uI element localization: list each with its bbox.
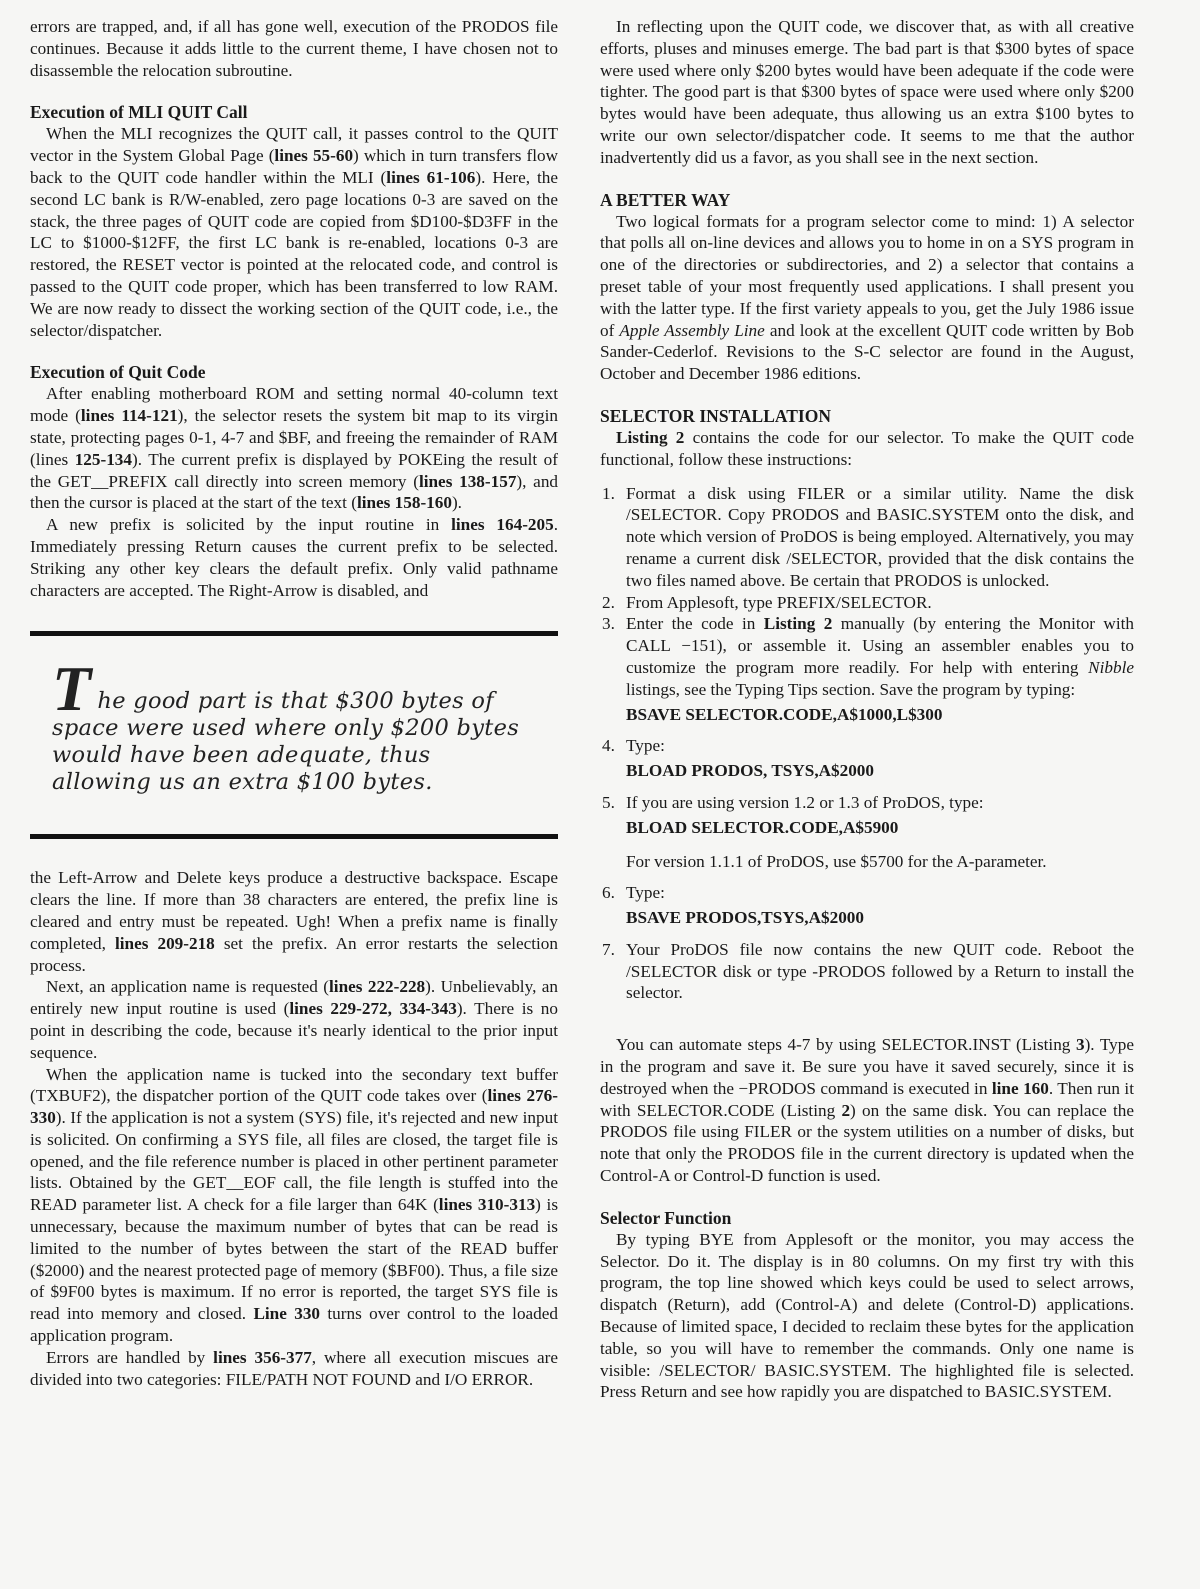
bold-reference: lines 55-60 xyxy=(274,146,353,165)
step-command: BLOAD PRODOS, TSYS,A$2000 xyxy=(626,760,1134,782)
step-number: 3. xyxy=(602,613,615,635)
bold-reference: 3 xyxy=(1076,1035,1085,1054)
step-command: BLOAD SELECTOR.CODE,A$5900 xyxy=(626,817,1134,839)
bold-reference: Listing 2 xyxy=(764,614,833,633)
step-text: If you are using version 1.2 or 1.3 of P… xyxy=(626,792,1134,814)
paragraph-continued: the Left-Arrow and Delete keys produce a… xyxy=(30,867,558,976)
bold-reference: lines 138-157 xyxy=(419,472,516,491)
step-text: Type: xyxy=(626,735,1134,757)
italic-title: Apple Assembly Line xyxy=(619,321,764,340)
paragraph-selector-function: By typing BYE from Applesoft or the moni… xyxy=(600,1229,1134,1403)
left-column: errors are trapped, and, if all has gone… xyxy=(30,16,558,1390)
pullquote-dropcap: T xyxy=(52,664,91,714)
bold-reference: 125-134 xyxy=(75,450,132,469)
installation-step: 7.Your ProDOS file now contains the new … xyxy=(600,939,1134,1004)
step-number: 1. xyxy=(602,483,615,505)
step-text: From Applesoft, type PREFIX/SELECTOR. xyxy=(626,592,1134,614)
paragraph-mli: When the MLI recognizes the QUIT call, i… xyxy=(30,123,558,341)
heading-quit-code: Execution of Quit Code xyxy=(30,361,558,383)
step-number: 5. xyxy=(602,792,615,814)
installation-step: 5.If you are using version 1.2 or 1.3 of… xyxy=(600,792,1134,872)
step-number: 2. xyxy=(602,592,615,614)
installation-step: 1.Format a disk using FILER or a similar… xyxy=(600,483,1134,592)
pullquote: T he good part is that $300 bytes of spa… xyxy=(52,658,532,796)
paragraph-errors: Errors are handled by lines 356-377, whe… xyxy=(30,1347,558,1391)
installation-step: 2.From Applesoft, type PREFIX/SELECTOR. xyxy=(600,592,1134,614)
paragraph-quit-1: After enabling motherboard ROM and setti… xyxy=(30,383,558,514)
bold-reference: Line 330 xyxy=(253,1304,320,1323)
bold-reference: line 160 xyxy=(992,1079,1049,1098)
paragraph-dispatcher: When the application name is tucked into… xyxy=(30,1064,558,1347)
paragraph-intro: errors are trapped, and, if all has gone… xyxy=(30,16,558,81)
step-number: 4. xyxy=(602,735,615,757)
pullquote-top-rule xyxy=(30,631,558,636)
bold-reference: lines 356-377 xyxy=(213,1348,312,1367)
heading-mli-quit-call: Execution of MLI QUIT Call xyxy=(30,101,558,123)
pullquote-line-2: space were used where only $200 bytes xyxy=(52,715,532,742)
bold-reference: lines 61-106 xyxy=(386,168,475,187)
step-text: Enter the code in Listing 2 manually (by… xyxy=(626,613,1134,700)
installation-steps: 1.Format a disk using FILER or a similar… xyxy=(600,483,1134,1005)
installation-step: 6.Type:BSAVE PRODOS,TSYS,A$2000 xyxy=(600,882,1134,929)
paragraph-better-way: Two logical formats for a program select… xyxy=(600,211,1134,385)
bold-reference: lines 158-160 xyxy=(357,493,452,512)
heading-selector-function: Selector Function xyxy=(600,1207,1134,1229)
bold-reference: lines 310-313 xyxy=(439,1195,535,1214)
bold-reference: lines 222-228 xyxy=(329,977,425,996)
paragraph-next: Next, an application name is requested (… xyxy=(30,976,558,1063)
step-text: Your ProDOS file now contains the new QU… xyxy=(626,939,1134,1004)
paragraph-installation: Listing 2 contains the code for our sele… xyxy=(600,427,1134,471)
step-note: For version 1.1.1 of ProDOS, use $5700 f… xyxy=(626,851,1134,873)
right-column: In reflecting upon the QUIT code, we dis… xyxy=(600,16,1134,1403)
bold-reference: Listing 2 xyxy=(616,428,684,447)
bold-reference: lines 114-121 xyxy=(81,406,178,425)
paragraph-automate: You can automate steps 4-7 by using SELE… xyxy=(600,1034,1134,1187)
pullquote-line-1: he good part is that $300 bytes of xyxy=(52,658,532,715)
bold-reference: lines 276-330 xyxy=(30,1086,558,1127)
step-number: 7. xyxy=(602,939,615,961)
bold-reference: lines 229-272, 334-343 xyxy=(289,999,456,1018)
paragraph-quit-2: A new prefix is solicited by the input r… xyxy=(30,514,558,601)
paragraph-reflect: In reflecting upon the QUIT code, we dis… xyxy=(600,16,1134,169)
step-command: BSAVE SELECTOR.CODE,A$1000,L$300 xyxy=(626,704,1134,726)
pullquote-line-3: would have been adequate, thus xyxy=(52,742,532,769)
pullquote-line-4: allowing us an extra $100 bytes. xyxy=(52,769,532,796)
step-number: 6. xyxy=(602,882,615,904)
bold-reference: lines 164-205 xyxy=(451,515,554,534)
magazine-page: errors are trapped, and, if all has gone… xyxy=(0,0,1200,1589)
installation-step: 4.Type:BLOAD PRODOS, TSYS,A$2000 xyxy=(600,735,1134,782)
italic-title: Nibble xyxy=(1088,658,1134,677)
heading-better-way: A BETTER WAY xyxy=(600,189,1134,211)
installation-step: 3.Enter the code in Listing 2 manually (… xyxy=(600,613,1134,725)
bold-reference: 2 xyxy=(841,1101,850,1120)
bold-reference: lines 209-218 xyxy=(115,934,215,953)
step-text: Format a disk using FILER or a similar u… xyxy=(626,483,1134,592)
step-text: Type: xyxy=(626,882,1134,904)
step-command: BSAVE PRODOS,TSYS,A$2000 xyxy=(626,907,1134,929)
heading-selector-installation: SELECTOR INSTALLATION xyxy=(600,405,1134,427)
